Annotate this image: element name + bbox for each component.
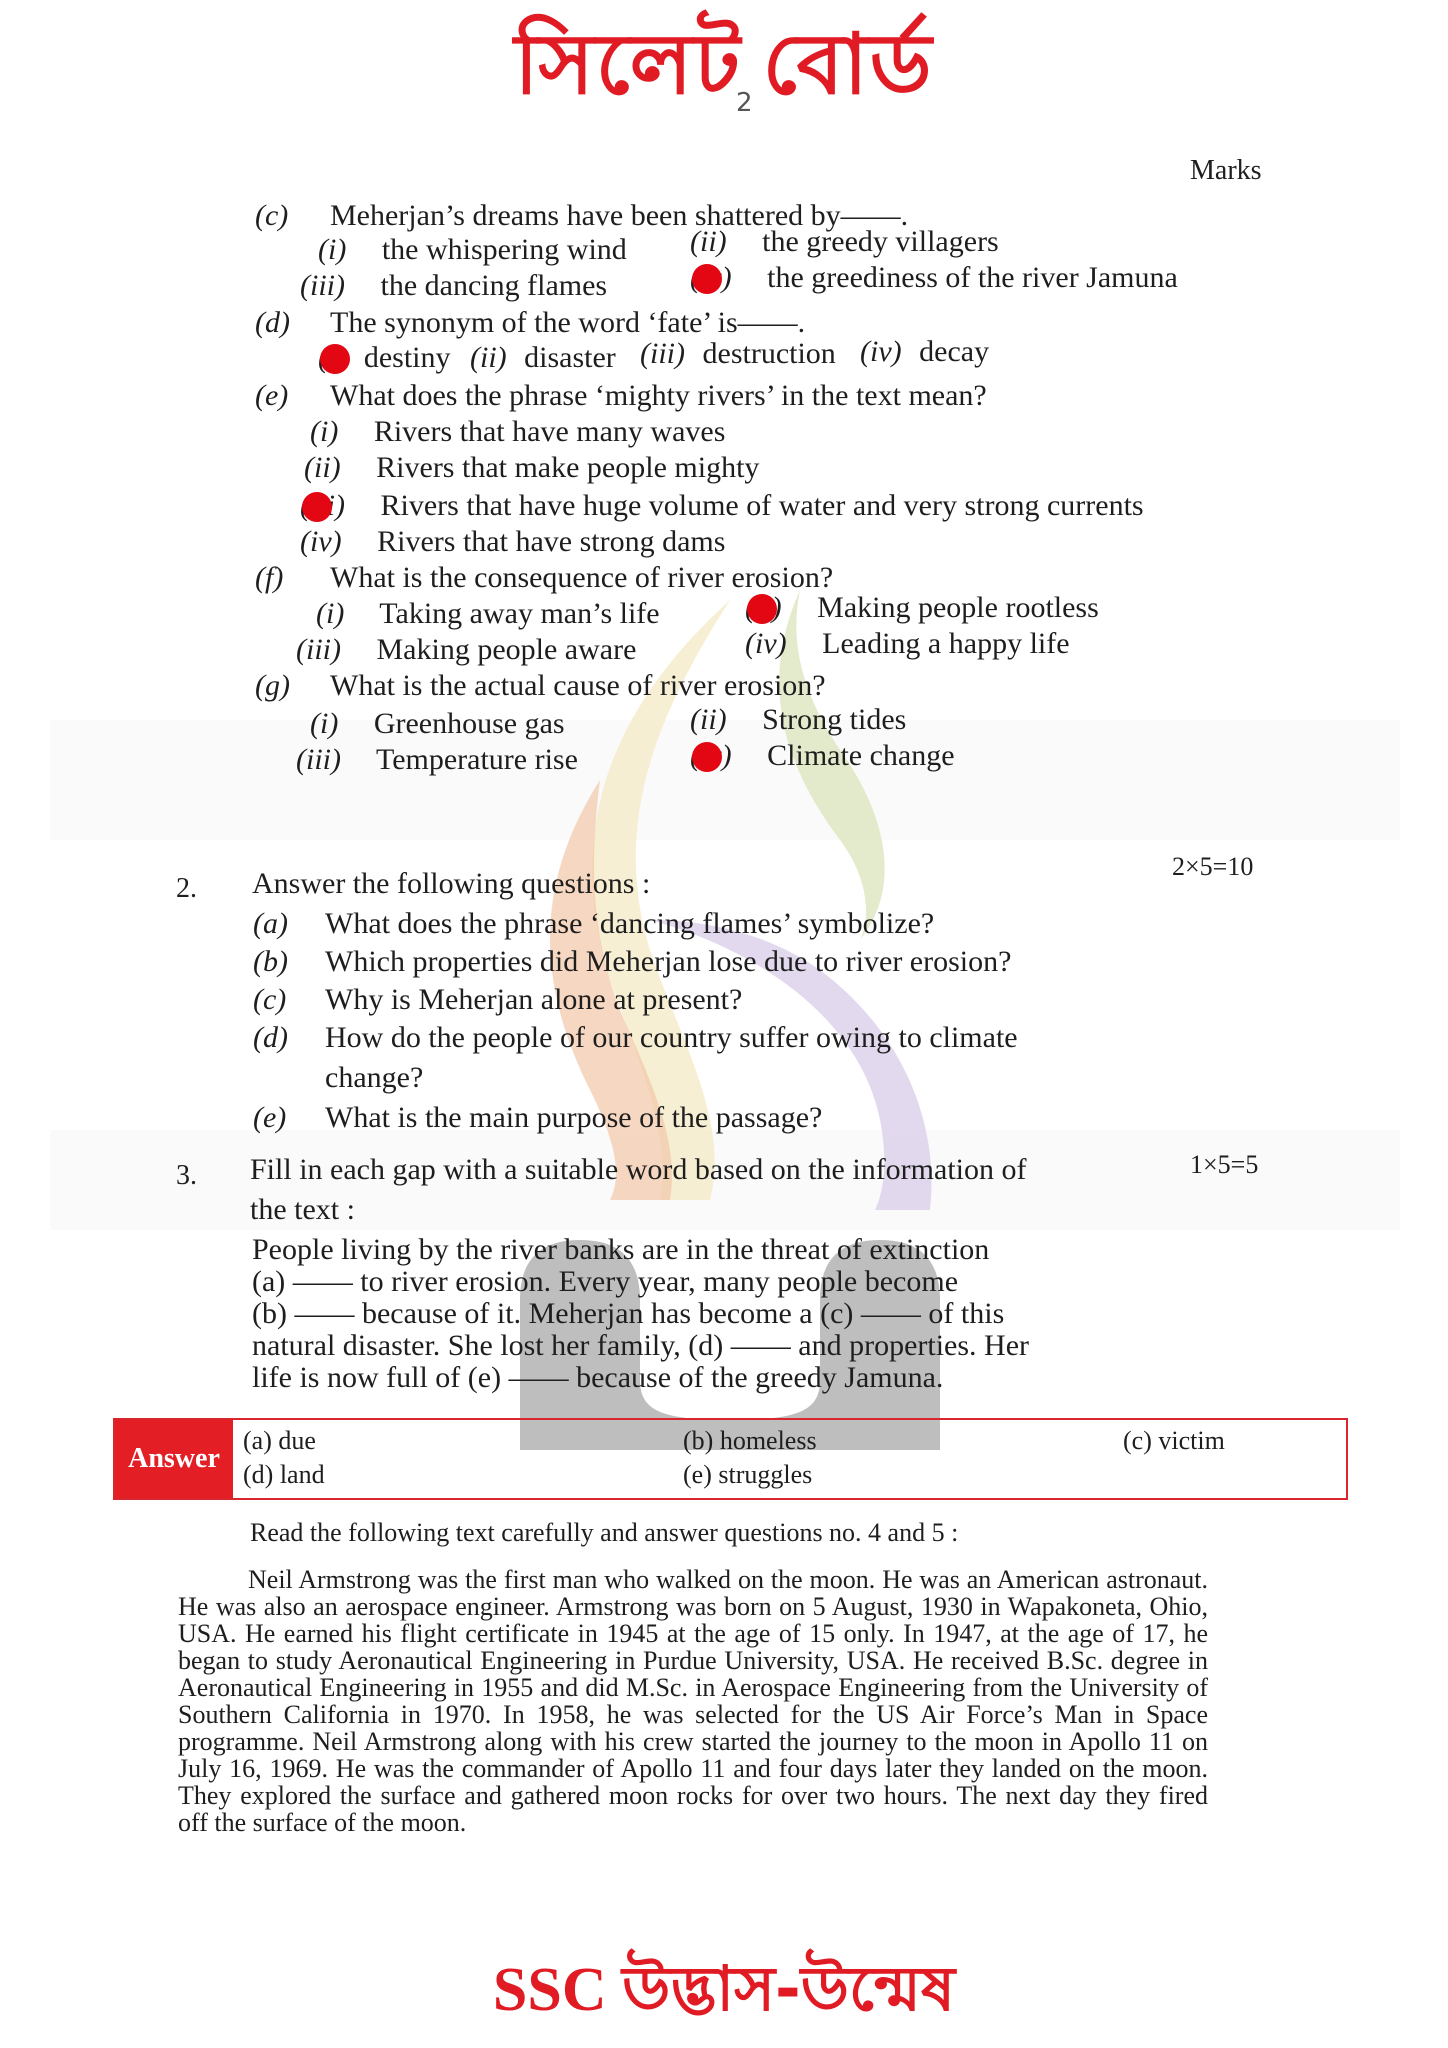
selected-answer-marker-icon	[692, 264, 722, 294]
section2-number: 2.	[176, 873, 197, 905]
passage-instruction: Read the following text carefully and an…	[250, 1519, 958, 1546]
answer-d: (d) land	[243, 1460, 325, 1490]
mcq-option[interactable]: (ii) Rivers that make people mighty	[304, 450, 759, 486]
board-title: সিলেট2বোর্ড	[0, 22, 1448, 116]
mcq-option-label: (i)	[310, 415, 338, 448]
footer-prefix: SSC	[493, 1956, 607, 2024]
mcq-option-text: disaster	[517, 341, 616, 374]
mcq-option-text: the whispering wind	[374, 233, 626, 266]
mcq-option[interactable]: (iv) Rivers that have strong dams	[300, 524, 725, 560]
mcq-option-label: (i)	[310, 707, 338, 740]
mcq-option[interactable]: (i) Rivers that have many waves	[310, 414, 725, 450]
mcq-option[interactable]: (ii) the greedy villagers	[690, 224, 999, 260]
mcq-option-label: (iv)	[745, 627, 787, 660]
mcq-option-text: Temperature rise	[369, 743, 578, 776]
mcq-option[interactable]: (iv) decay	[860, 334, 989, 370]
mcq-option-text: Making people rootless	[810, 591, 1099, 624]
mcq-option-label: (iii)	[300, 269, 345, 302]
mcq-option[interactable]: (iv) Climate change	[690, 738, 955, 774]
mcq-question-text: What is the actual cause of river erosio…	[330, 668, 826, 704]
mcq-question-label: (g)	[255, 668, 290, 704]
mcq-option-text: destruction	[695, 337, 836, 370]
section2-item-text: What does the phrase ‘dancing flames’ sy…	[325, 906, 934, 942]
section2-title: Answer the following questions :	[252, 866, 650, 902]
mcq-option-text: Strong tides	[755, 703, 907, 736]
mcq-option[interactable]: (i) Greenhouse gas	[310, 706, 565, 742]
mcq-option[interactable]: (i) Taking away man’s life	[316, 596, 660, 632]
section2-marks: 2×5=10	[1172, 852, 1253, 882]
mcq-option-label: (i)	[316, 597, 344, 630]
section2-item-text-continued: change?	[325, 1060, 423, 1096]
mcq-option-label: (iii)	[640, 337, 685, 370]
selected-answer-marker-icon	[302, 492, 332, 522]
section2-item-label: (c)	[253, 982, 286, 1018]
mcq-option[interactable]: (iii) Making people aware	[296, 632, 636, 668]
answer-grid: (a) due (b) homeless (c) victim (d) land…	[233, 1420, 1346, 1498]
mcq-option-text: Rivers that have many waves	[366, 415, 725, 448]
board-title-name: সিলেট	[514, 15, 742, 113]
mcq-question-label: (c)	[255, 198, 288, 234]
section2-item-text: Why is Meherjan alone at present?	[325, 982, 742, 1018]
mcq-option-label: (ii)	[690, 225, 727, 258]
section2-item-text: How do the people of our country suffer …	[325, 1020, 1018, 1056]
selected-answer-marker-icon	[747, 594, 777, 624]
answer-c: (c) victim	[1123, 1426, 1225, 1456]
answer-tag: Answer	[115, 1420, 233, 1498]
board-title-word: বোর্ড	[763, 15, 934, 113]
mcq-option-text: Rivers that have strong dams	[370, 525, 726, 558]
section3-line: life is now full of (e) —— because of th…	[252, 1360, 1162, 1396]
mcq-option[interactable]: (ii) Strong tides	[690, 702, 906, 738]
selected-answer-marker-icon	[320, 344, 350, 374]
mcq-option-label: (ii)	[690, 703, 727, 736]
answer-b: (b) homeless	[683, 1426, 817, 1456]
mcq-option[interactable]: (iii) Rivers that have huge volume of wa…	[300, 488, 1144, 524]
mcq-option[interactable]: (ii) Making people rootless	[745, 590, 1099, 626]
mcq-option-label: (i)	[318, 233, 346, 266]
mcq-option-text: the greediness of the river Jamuna	[760, 261, 1178, 294]
mcq-option-label: (iii)	[296, 743, 341, 776]
mcq-option-text: Climate change	[760, 739, 955, 772]
section2-item-label: (b)	[253, 944, 288, 980]
answer-e: (e) struggles	[683, 1460, 812, 1490]
mcq-option[interactable]: (iii) Temperature rise	[296, 742, 578, 778]
reading-passage: Read the following text carefully and an…	[178, 1566, 1208, 1836]
mcq-option[interactable]: (ii) disaster	[470, 340, 616, 376]
mcq-option-label: (iii)	[296, 633, 341, 666]
section3-line: People living by the river banks are in …	[252, 1232, 1162, 1268]
mcq-option-label: (iv)	[300, 525, 342, 558]
passage-text: Neil Armstrong was the first man who wal…	[178, 1566, 1208, 1836]
mcq-option-text: Greenhouse gas	[366, 707, 564, 740]
section3-title-line1: Fill in each gap with a suitable word ba…	[250, 1152, 1026, 1188]
answer-box: Answer (a) due (b) homeless (c) victim (…	[113, 1418, 1348, 1500]
board-title-subscript: 2	[736, 88, 755, 118]
answer-a: (a) due	[243, 1426, 316, 1456]
mcq-option-text: destiny	[356, 341, 450, 374]
mcq-option-text: the greedy villagers	[755, 225, 999, 258]
marks-column-label: Marks	[1190, 155, 1262, 187]
mcq-option-label: (ii)	[470, 341, 507, 374]
section3-title-line2: the text :	[250, 1192, 355, 1228]
footer-title: উদ্ভাস-উন্মেষ	[622, 1952, 955, 2025]
mcq-option[interactable]: (i) the whispering wind	[318, 232, 627, 268]
section2-item-text: Which properties did Meherjan lose due t…	[325, 944, 1011, 980]
mcq-option-text: Leading a happy life	[815, 627, 1070, 660]
section2-item-label: (d)	[253, 1020, 288, 1056]
mcq-option-text: Rivers that make people mighty	[369, 451, 760, 484]
section3-line: (b) —— because of it. Meherjan has becom…	[252, 1296, 1162, 1332]
mcq-option[interactable]: (iii) destruction	[640, 336, 836, 372]
section3-line: natural disaster. She lost her family, (…	[252, 1328, 1162, 1364]
section2-item-text: What is the main purpose of the passage?	[325, 1100, 822, 1136]
mcq-question-label: (d)	[255, 305, 290, 341]
mcq-option-text: Rivers that have huge volume of water an…	[373, 489, 1144, 522]
footer-brand: SSC উদ্ভাস-উন্মেষ	[0, 1958, 1448, 2021]
mcq-option-label: (ii)	[304, 451, 341, 484]
mcq-option-text: Making people aware	[369, 633, 636, 666]
mcq-question-text: What does the phrase ‘mighty rivers’ in …	[330, 378, 987, 414]
section2-item-label: (e)	[253, 1100, 286, 1136]
mcq-option[interactable]: (iv) Leading a happy life	[745, 626, 1070, 662]
section3-line: (a) —— to river erosion. Every year, man…	[252, 1264, 1162, 1300]
selected-answer-marker-icon	[692, 742, 722, 772]
section3-number: 3.	[176, 1160, 197, 1192]
mcq-option[interactable]: (iii) the dancing flames	[300, 268, 607, 304]
mcq-option-text: the dancing flames	[373, 269, 607, 302]
section2-item-label: (a)	[253, 906, 288, 942]
mcq-question-label: (e)	[255, 378, 288, 414]
mcq-option-text: decay	[912, 335, 989, 368]
mcq-option-text: Taking away man’s life	[372, 597, 659, 630]
section3-marks: 1×5=5	[1190, 1150, 1258, 1180]
mcq-option[interactable]: (iv) the greediness of the river Jamuna	[690, 260, 1178, 296]
mcq-question-label: (f)	[255, 560, 283, 596]
mcq-option-label: (iv)	[860, 335, 902, 368]
